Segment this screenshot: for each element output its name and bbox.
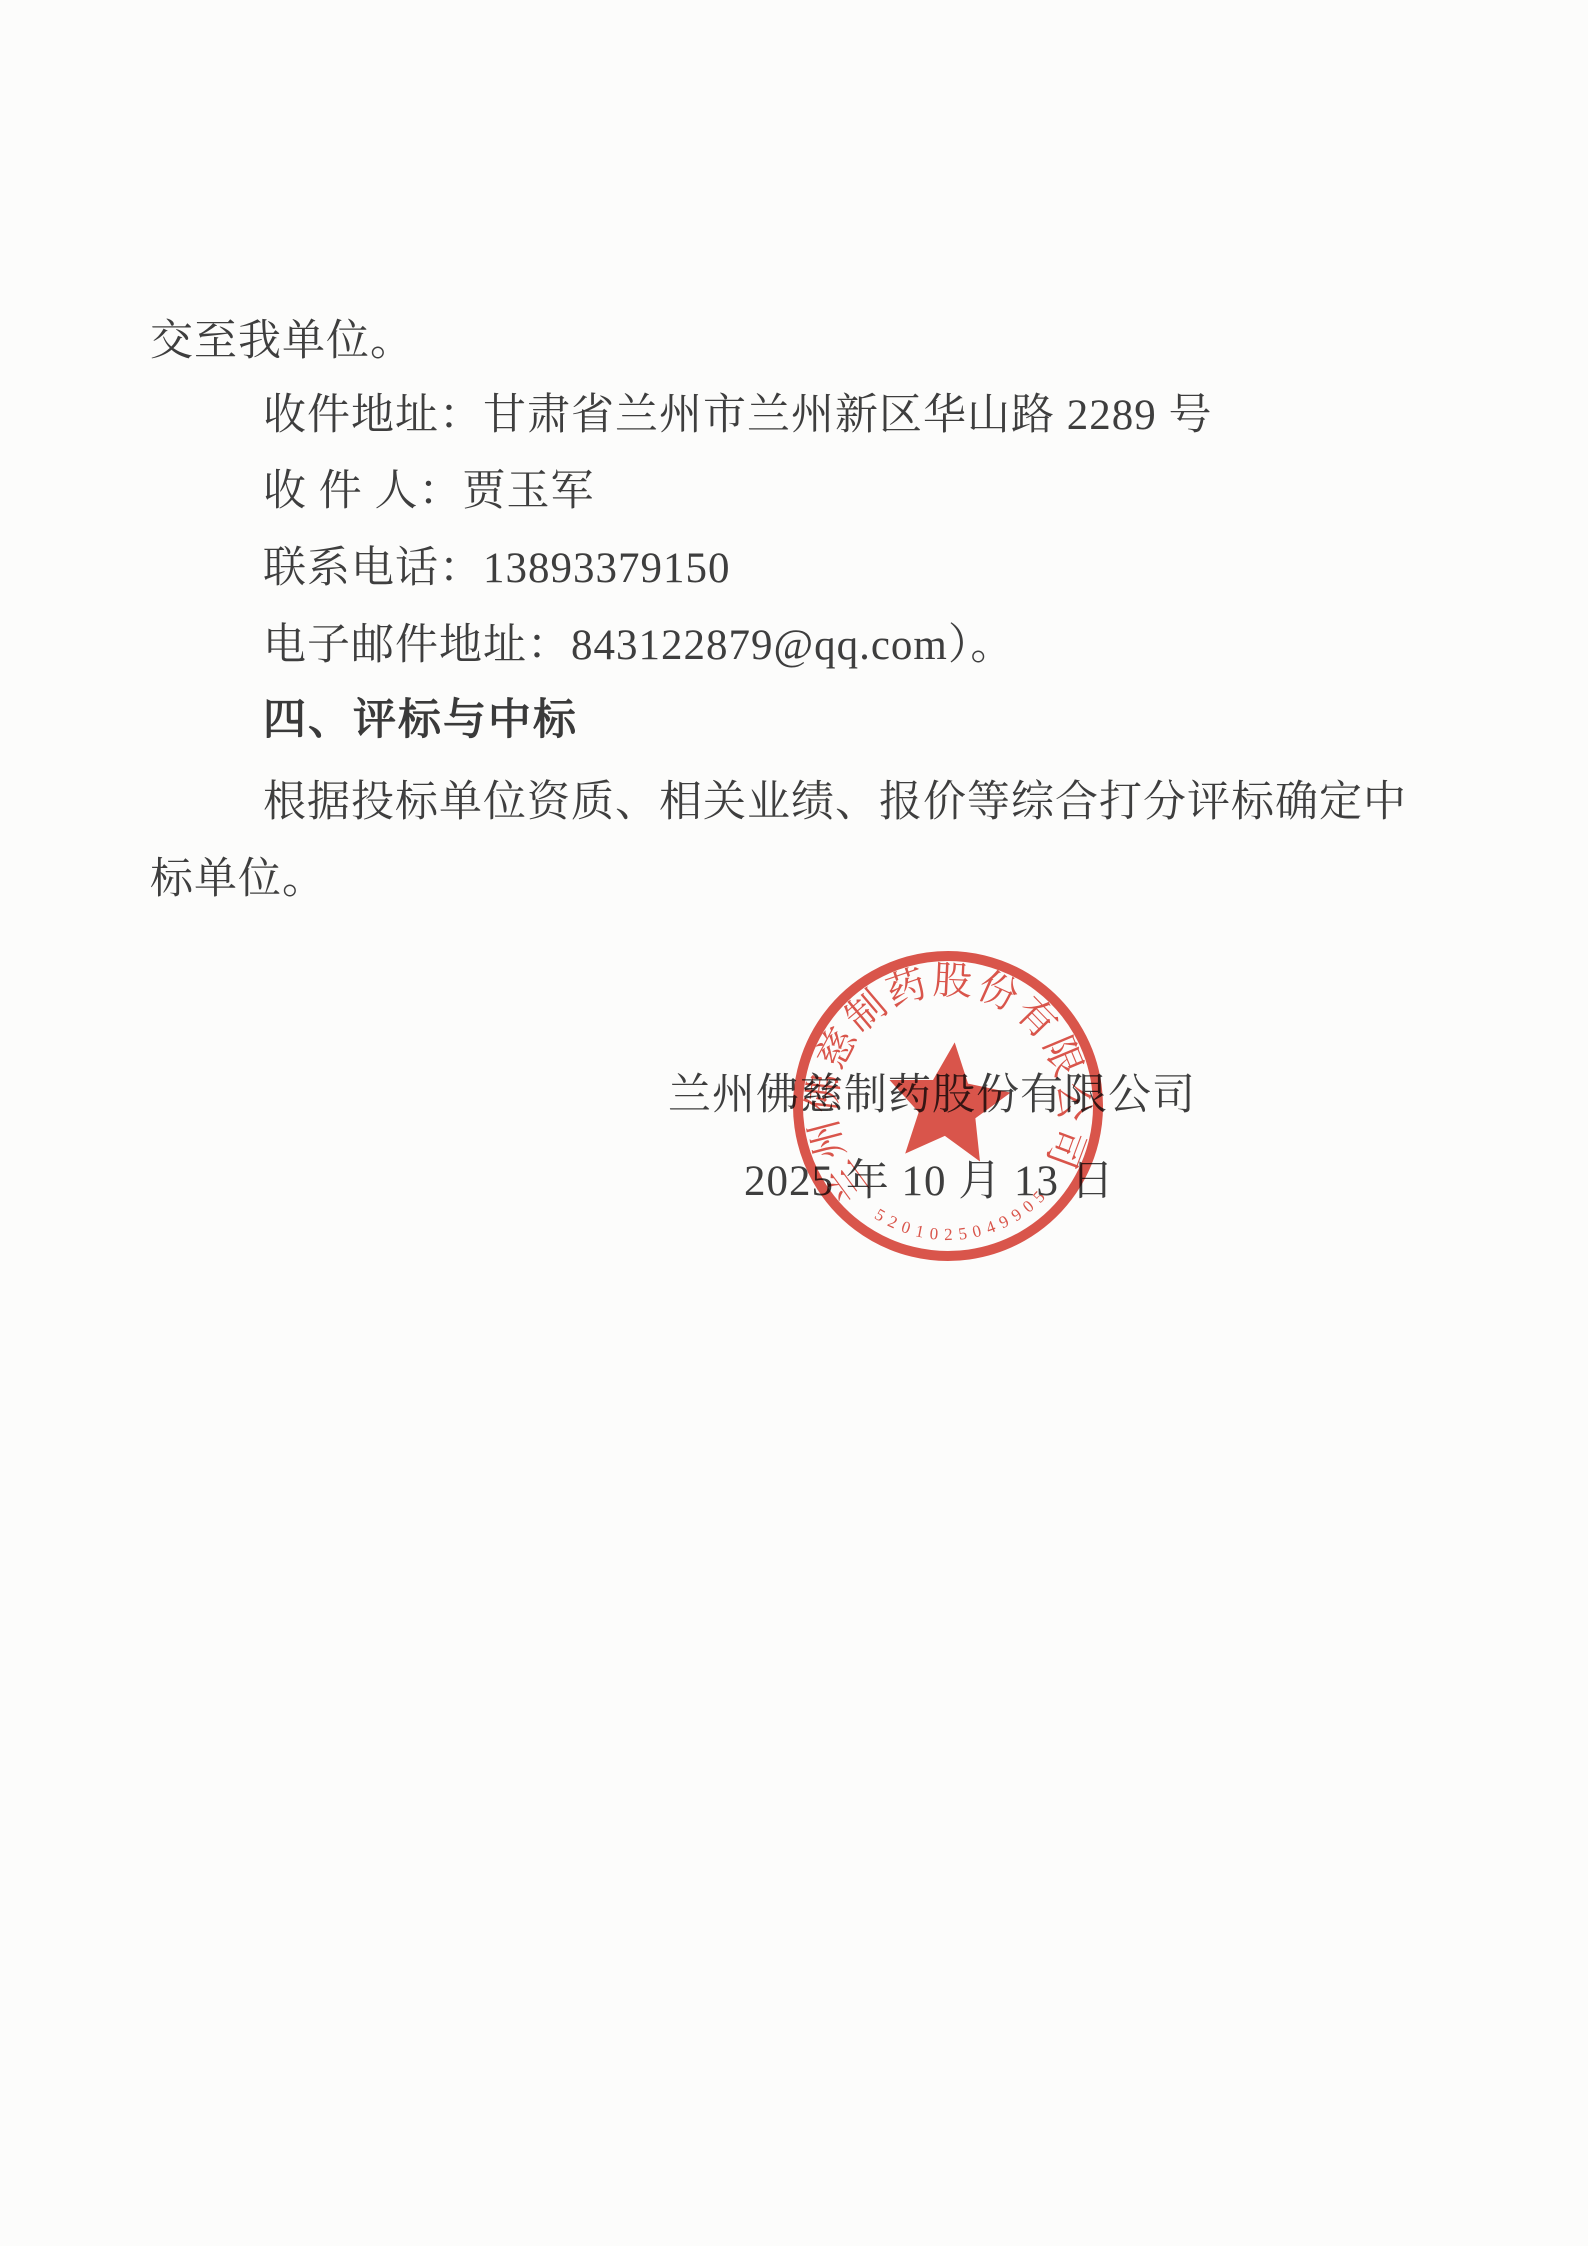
section-heading: 四、评标与中标 [263,697,578,744]
company-seal-stamp: 兰州佛慈制药股份有限公司 5201025049905 [778,936,1118,1276]
document-page: 交至我单位。 收件地址：甘肃省兰州市兰州新区华山路 2289 号 收 件 人：贾… [0,0,1588,2246]
body-line-phone: 联系电话：13893379150 [263,545,731,592]
body-line-deliver: 交至我单位。 [150,318,414,365]
body-line-address: 收件地址：甘肃省兰州市兰州新区华山路 2289 号 [263,392,1213,439]
body-line-recipient: 收 件 人：贾玉军 [263,468,595,515]
body-paragraph-line-2: 标单位。 [150,856,326,903]
body-line-email: 电子邮件地址：843122879@qq.com）。 [263,622,1014,669]
seal-star-icon [882,1036,1015,1164]
body-paragraph-line-1: 根据投标单位资质、相关业绩、报价等综合打分评标确定中 [263,779,1407,826]
